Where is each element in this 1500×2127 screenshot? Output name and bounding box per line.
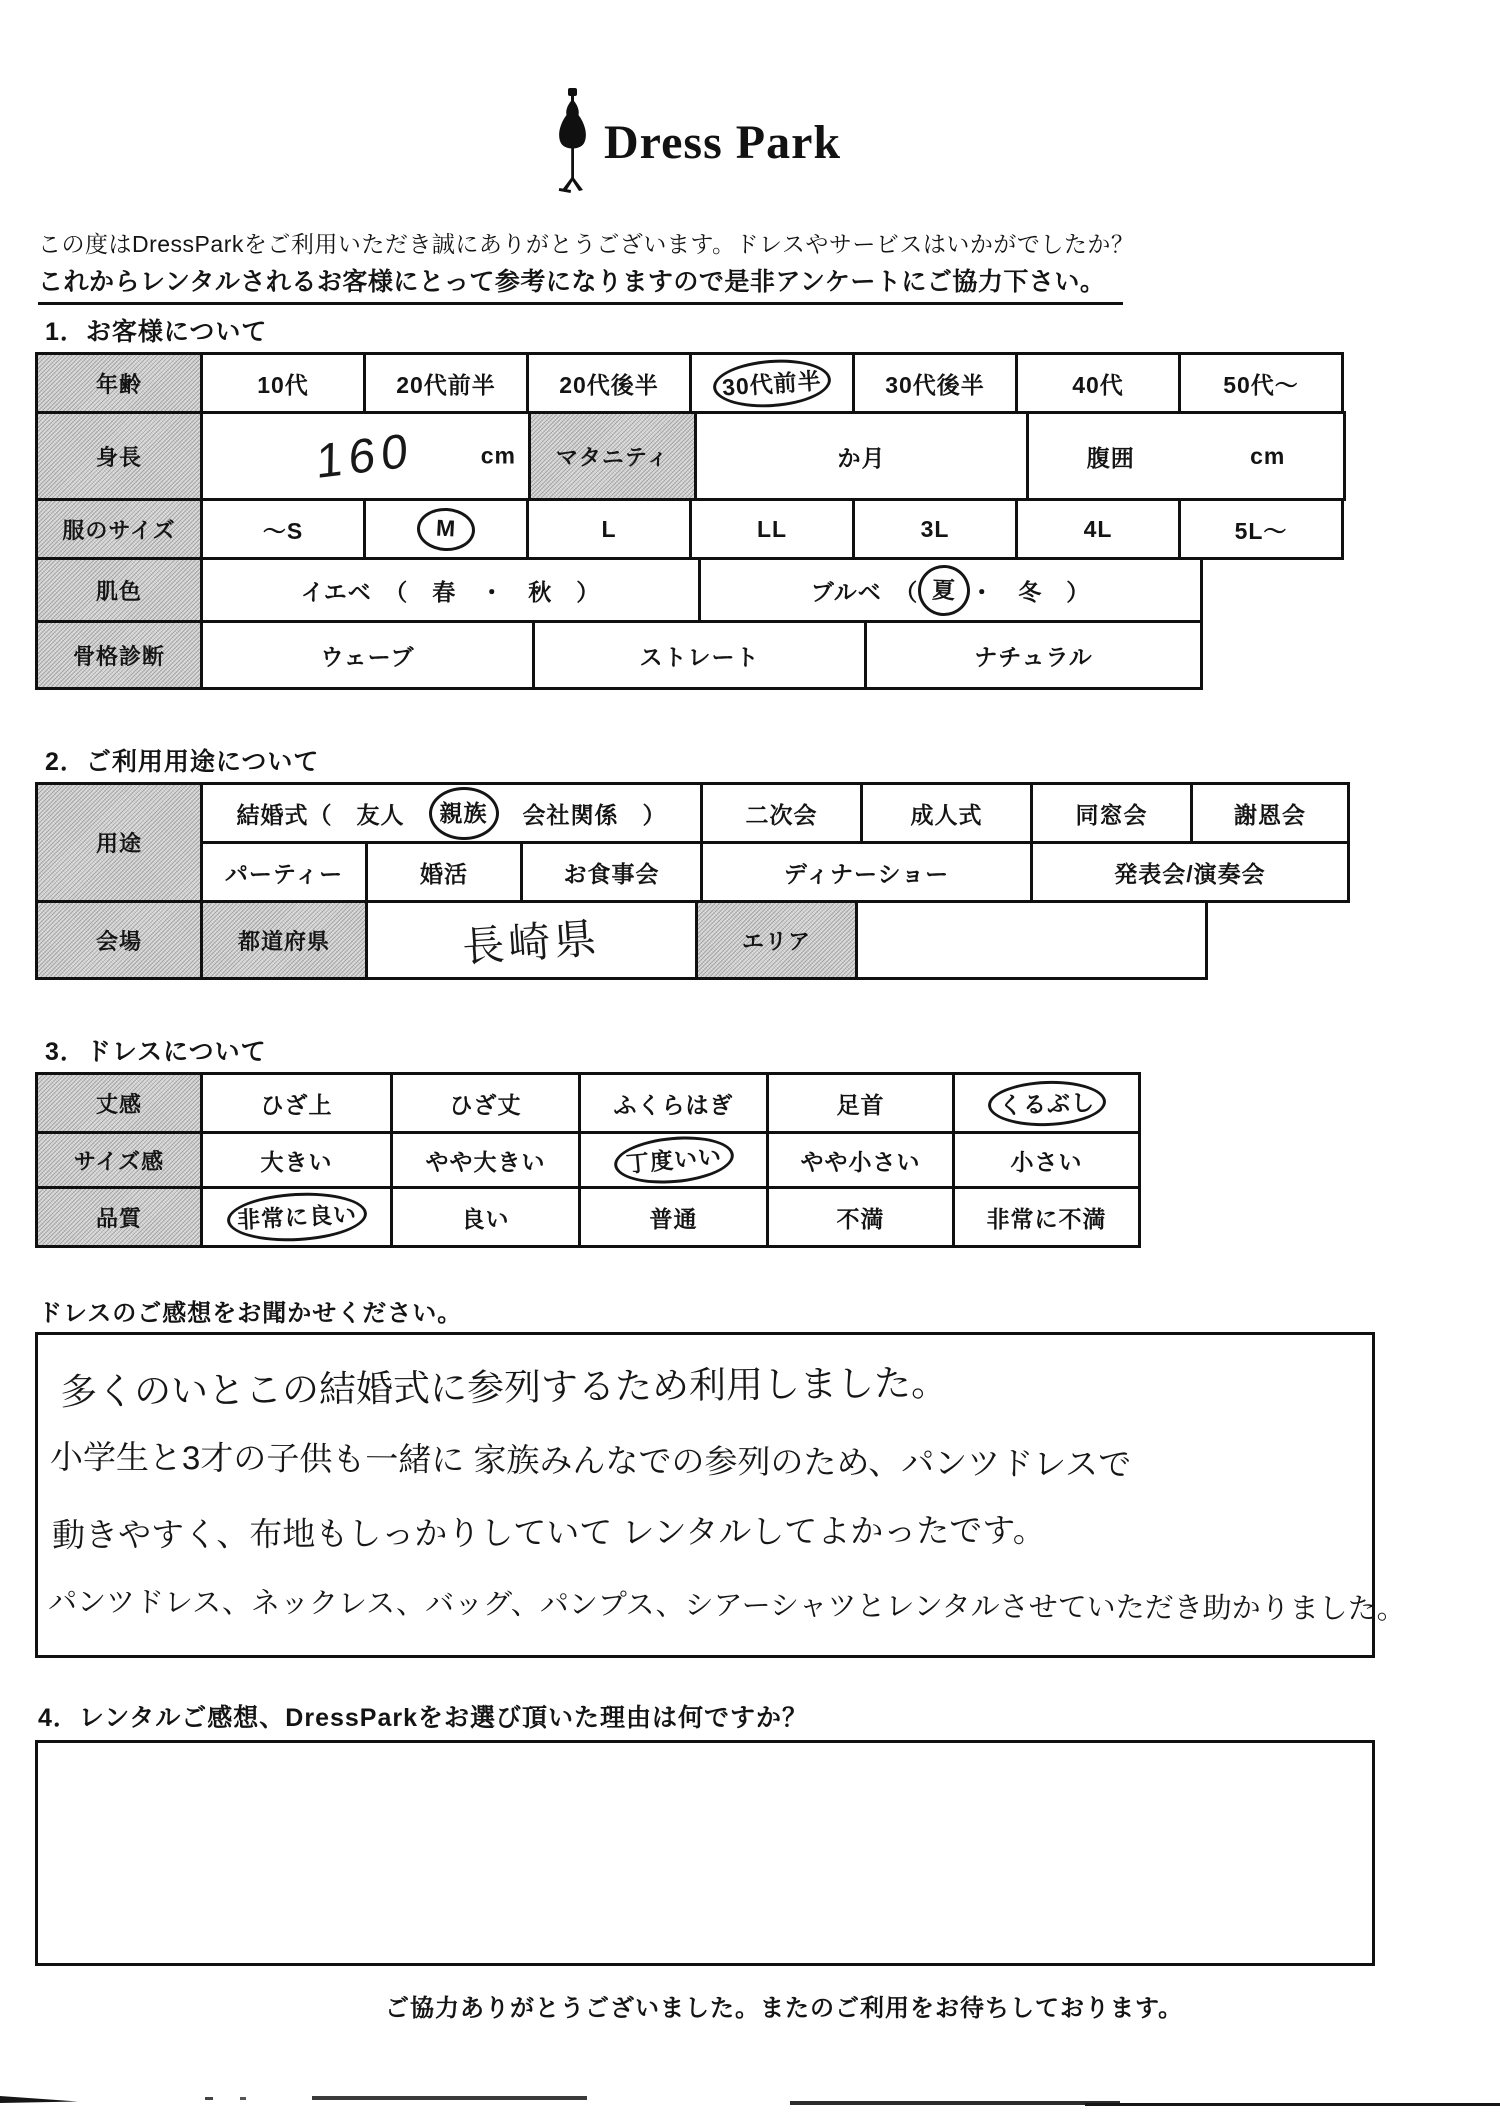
- quality-option: 非常に不満: [952, 1186, 1141, 1248]
- dress-fit-row: サイズ感 大きい やや大きい 丁度いい やや小さい 小さい: [35, 1131, 1141, 1189]
- height-row: 身長 160 cm マタニティ か月 腹囲 cm: [35, 411, 1346, 501]
- closing-message: ご協力ありがとうございました。またのご利用をお待ちしております。: [385, 1988, 1183, 2023]
- handwritten-circle-mark: 丁度いい: [612, 1132, 736, 1188]
- handwritten-circle-mark: 30代前半: [712, 355, 833, 410]
- brand-name: Dress Park: [604, 115, 841, 170]
- scan-artifact: [205, 2097, 213, 2100]
- size-option: L: [526, 498, 692, 560]
- size-header: 服のサイズ: [35, 498, 203, 560]
- purpose-rows: 用途 結婚式（ 友人 親族 会社関係 ） 二次会 成人式 同窓会 謝恩会 パーテ…: [35, 782, 1350, 903]
- handwritten-circle-mark: 親族: [429, 787, 499, 840]
- age-row: 年齢 10代 20代前半 20代後半 30代前半 30代後半 40代 50代～: [35, 352, 1346, 414]
- purpose-option: 成人式: [860, 782, 1033, 844]
- section4-title: 4．レンタルご感想、DressParkをお選び頂いた理由は何ですか？: [38, 1698, 808, 1734]
- purpose-option: ディナーショー: [700, 841, 1033, 903]
- fit-option: やや小さい: [766, 1131, 955, 1189]
- handwritten-circle-mark: 非常に良い: [225, 1189, 367, 1244]
- waist-label: 腹囲: [1087, 440, 1135, 473]
- age-option-label: 40代: [1072, 367, 1124, 400]
- scan-artifact: [240, 2097, 246, 2100]
- purpose-row-2: パーティー 婚活 お食事会 ディナーショー 発表会/演奏会: [200, 841, 1350, 903]
- size-option: 3L: [852, 498, 1018, 560]
- length-option: ふくらはぎ: [578, 1072, 769, 1134]
- handwritten-prefecture: 長崎県: [461, 905, 603, 974]
- purpose-option: 婚活: [365, 841, 523, 903]
- size-option-selected: M: [363, 498, 529, 560]
- scan-artifact: [790, 2101, 1120, 2105]
- scan-artifact: [1085, 2103, 1500, 2106]
- age-option: 40代: [1015, 352, 1181, 414]
- venue-header: 会場: [35, 900, 203, 980]
- handwritten-circle-mark: 夏: [917, 564, 971, 617]
- size-option-label: 4L: [1084, 516, 1113, 543]
- customer-table: 年齢 10代 20代前半 20代後半 30代前半 30代後半 40代 50代～ …: [35, 352, 1346, 690]
- skin-tone-row: 肌色 イエベ （ 春 ・ 秋 ） ブルベ （ 夏 ・ 冬 ）: [35, 557, 1346, 623]
- purpose-option: 二次会: [700, 782, 863, 844]
- length-option: ひざ上: [200, 1072, 393, 1134]
- size-option-label: ～S: [263, 513, 303, 546]
- fit-header: サイズ感: [35, 1131, 203, 1189]
- scan-artifact: [0, 2093, 78, 2103]
- area-header: エリア: [695, 900, 858, 980]
- dress-table: 丈感 ひざ上 ひざ丈 ふくらはぎ 足首 くるぶし サイズ感 大きい やや大きい …: [35, 1072, 1141, 1248]
- quality-option: 不満: [766, 1186, 955, 1248]
- skeleton-row: 骨格診断 ウェーブ ストレート ナチュラル: [35, 620, 1346, 690]
- length-option: 足首: [766, 1072, 955, 1134]
- purpose-row-1: 結婚式（ 友人 親族 会社関係 ） 二次会 成人式 同窓会 謝恩会: [200, 782, 1350, 844]
- logo: Dress Park: [552, 88, 841, 196]
- fit-option: やや大きい: [390, 1131, 581, 1189]
- skin-option-yellow: イエベ （ 春 ・ 秋 ）: [200, 557, 701, 623]
- purpose-option: 謝恩会: [1190, 782, 1350, 844]
- intro-emphasis-text: これからレンタルされるお客様にとって参考になりますので是非アンケートにご協力下さ…: [38, 262, 1123, 305]
- skeleton-option: ナチュラル: [864, 620, 1203, 690]
- dress-length-row: 丈感 ひざ上 ひざ丈 ふくらはぎ 足首 くるぶし: [35, 1072, 1141, 1134]
- fit-option-selected: 丁度いい: [578, 1131, 769, 1189]
- quality-option: 普通: [578, 1186, 769, 1248]
- handwritten-height-value: 160: [316, 422, 414, 489]
- fit-option: 大きい: [200, 1131, 393, 1189]
- quality-option: 良い: [390, 1186, 581, 1248]
- feedback-prompt: ドレスのご感想をお聞かせください。: [38, 1293, 462, 1328]
- rental-reason-textarea-box: [35, 1740, 1375, 1966]
- handwritten-feedback-line: パンツドレス、ネックレス、バッグ、パンプス、シアーシャツとレンタルさせていただき…: [48, 1579, 1406, 1627]
- skeleton-option: ウェーブ: [200, 620, 535, 690]
- age-header: 年齢: [35, 352, 203, 414]
- age-option-label: 20代後半: [559, 367, 659, 400]
- height-unit-label: cm: [481, 443, 516, 470]
- dress-form-icon: [552, 88, 594, 196]
- wedding-prefix: 結婚式（ 友人: [237, 797, 429, 830]
- height-value-cell: 160 cm: [200, 411, 531, 501]
- size-option: 4L: [1015, 498, 1181, 560]
- waist-unit-label: cm: [1250, 443, 1285, 470]
- size-option-label: LL: [757, 516, 787, 543]
- purpose-header: 用途: [35, 782, 203, 903]
- age-option: 30代後半: [852, 352, 1018, 414]
- maternity-header: マタニティ: [528, 411, 697, 501]
- quality-option-selected: 非常に良い: [200, 1186, 393, 1248]
- handwritten-feedback-line: 多くのいとこの結婚式に参列するため利用しました。: [60, 1352, 949, 1415]
- clothing-size-row: 服のサイズ ～S M L LL 3L 4L 5L～: [35, 498, 1346, 560]
- age-option-label: 50代～: [1223, 367, 1299, 400]
- skeleton-header: 骨格診断: [35, 620, 203, 690]
- prefecture-value-cell: 長崎県: [365, 900, 698, 980]
- size-option: LL: [689, 498, 855, 560]
- length-option-selected: くるぶし: [952, 1072, 1141, 1134]
- age-option-label: 10代: [257, 367, 309, 400]
- skin-header: 肌色: [35, 557, 203, 623]
- age-option: 20代後半: [526, 352, 692, 414]
- handwritten-feedback-line: 小学生と3才の子供も一緒に 家族みんなでの参列のため、パンツドレスで: [50, 1431, 1132, 1486]
- skeleton-option: ストレート: [532, 620, 867, 690]
- purpose-options-stack: 結婚式（ 友人 親族 会社関係 ） 二次会 成人式 同窓会 謝恩会 パーティー …: [200, 782, 1350, 903]
- size-option-label: 3L: [921, 516, 950, 543]
- handwritten-circle-mark: くるぶし: [987, 1078, 1106, 1127]
- height-header: 身長: [35, 411, 203, 501]
- scan-artifact: [312, 2096, 587, 2100]
- maternity-months-cell: か月: [694, 411, 1029, 501]
- section2-title: 2．ご利用用途について: [45, 742, 319, 778]
- dress-quality-row: 品質 非常に良い 良い 普通 不満 非常に不満: [35, 1186, 1141, 1248]
- scanned-survey-page: Dress Park この度はDressParkをご利用いただき誠にありがとうご…: [0, 0, 1500, 2127]
- usage-table: 用途 結婚式（ 友人 親族 会社関係 ） 二次会 成人式 同窓会 謝恩会 パーテ…: [35, 782, 1350, 980]
- skin-blue-suffix: ・ 冬 ）: [970, 574, 1090, 607]
- prefecture-header: 都道府県: [200, 900, 368, 980]
- purpose-option-wedding: 結婚式（ 友人 親族 会社関係 ）: [200, 782, 703, 844]
- area-value-cell: [855, 900, 1208, 980]
- purpose-option: 同窓会: [1030, 782, 1193, 844]
- fit-option: 小さい: [952, 1131, 1141, 1189]
- size-option: ～S: [200, 498, 366, 560]
- age-option: 10代: [200, 352, 366, 414]
- length-option: ひざ丈: [390, 1072, 581, 1134]
- intro-text: この度はDressParkをご利用いただき誠にありがとうございます。ドレスやサー…: [38, 226, 1134, 259]
- quality-header: 品質: [35, 1186, 203, 1248]
- handwritten-feedback-line: 動きやすく、布地もしっかりしていて レンタルしてよかったです。: [52, 1504, 1046, 1556]
- age-option: 20代前半: [363, 352, 529, 414]
- handwritten-circle-mark: M: [416, 506, 476, 552]
- size-option-label: L: [601, 516, 616, 543]
- age-option-selected: 30代前半: [689, 352, 855, 414]
- waist-cell: 腹囲 cm: [1026, 411, 1346, 501]
- venue-row: 会場 都道府県 長崎県 エリア: [35, 900, 1350, 980]
- skin-option-blue: ブルベ （ 夏 ・ 冬 ）: [698, 557, 1203, 623]
- length-header: 丈感: [35, 1072, 203, 1134]
- wedding-suffix: 会社関係 ）: [499, 797, 667, 830]
- size-option: 5L～: [1178, 498, 1344, 560]
- age-option-label: 30代後半: [885, 367, 985, 400]
- purpose-option: お食事会: [520, 841, 703, 903]
- age-option-label: 20代前半: [396, 367, 496, 400]
- purpose-option: 発表会/演奏会: [1030, 841, 1350, 903]
- section3-title: 3．ドレスについて: [45, 1032, 267, 1068]
- purpose-option: パーティー: [200, 841, 368, 903]
- feedback-textarea-box: 多くのいとこの結婚式に参列するため利用しました。 小学生と3才の子供も一緒に 家…: [35, 1332, 1375, 1658]
- size-option-label: 5L～: [1235, 513, 1288, 546]
- section1-title: 1．お客様について: [45, 312, 267, 348]
- skin-blue-prefix: ブルベ （: [811, 574, 919, 607]
- age-option: 50代～: [1178, 352, 1344, 414]
